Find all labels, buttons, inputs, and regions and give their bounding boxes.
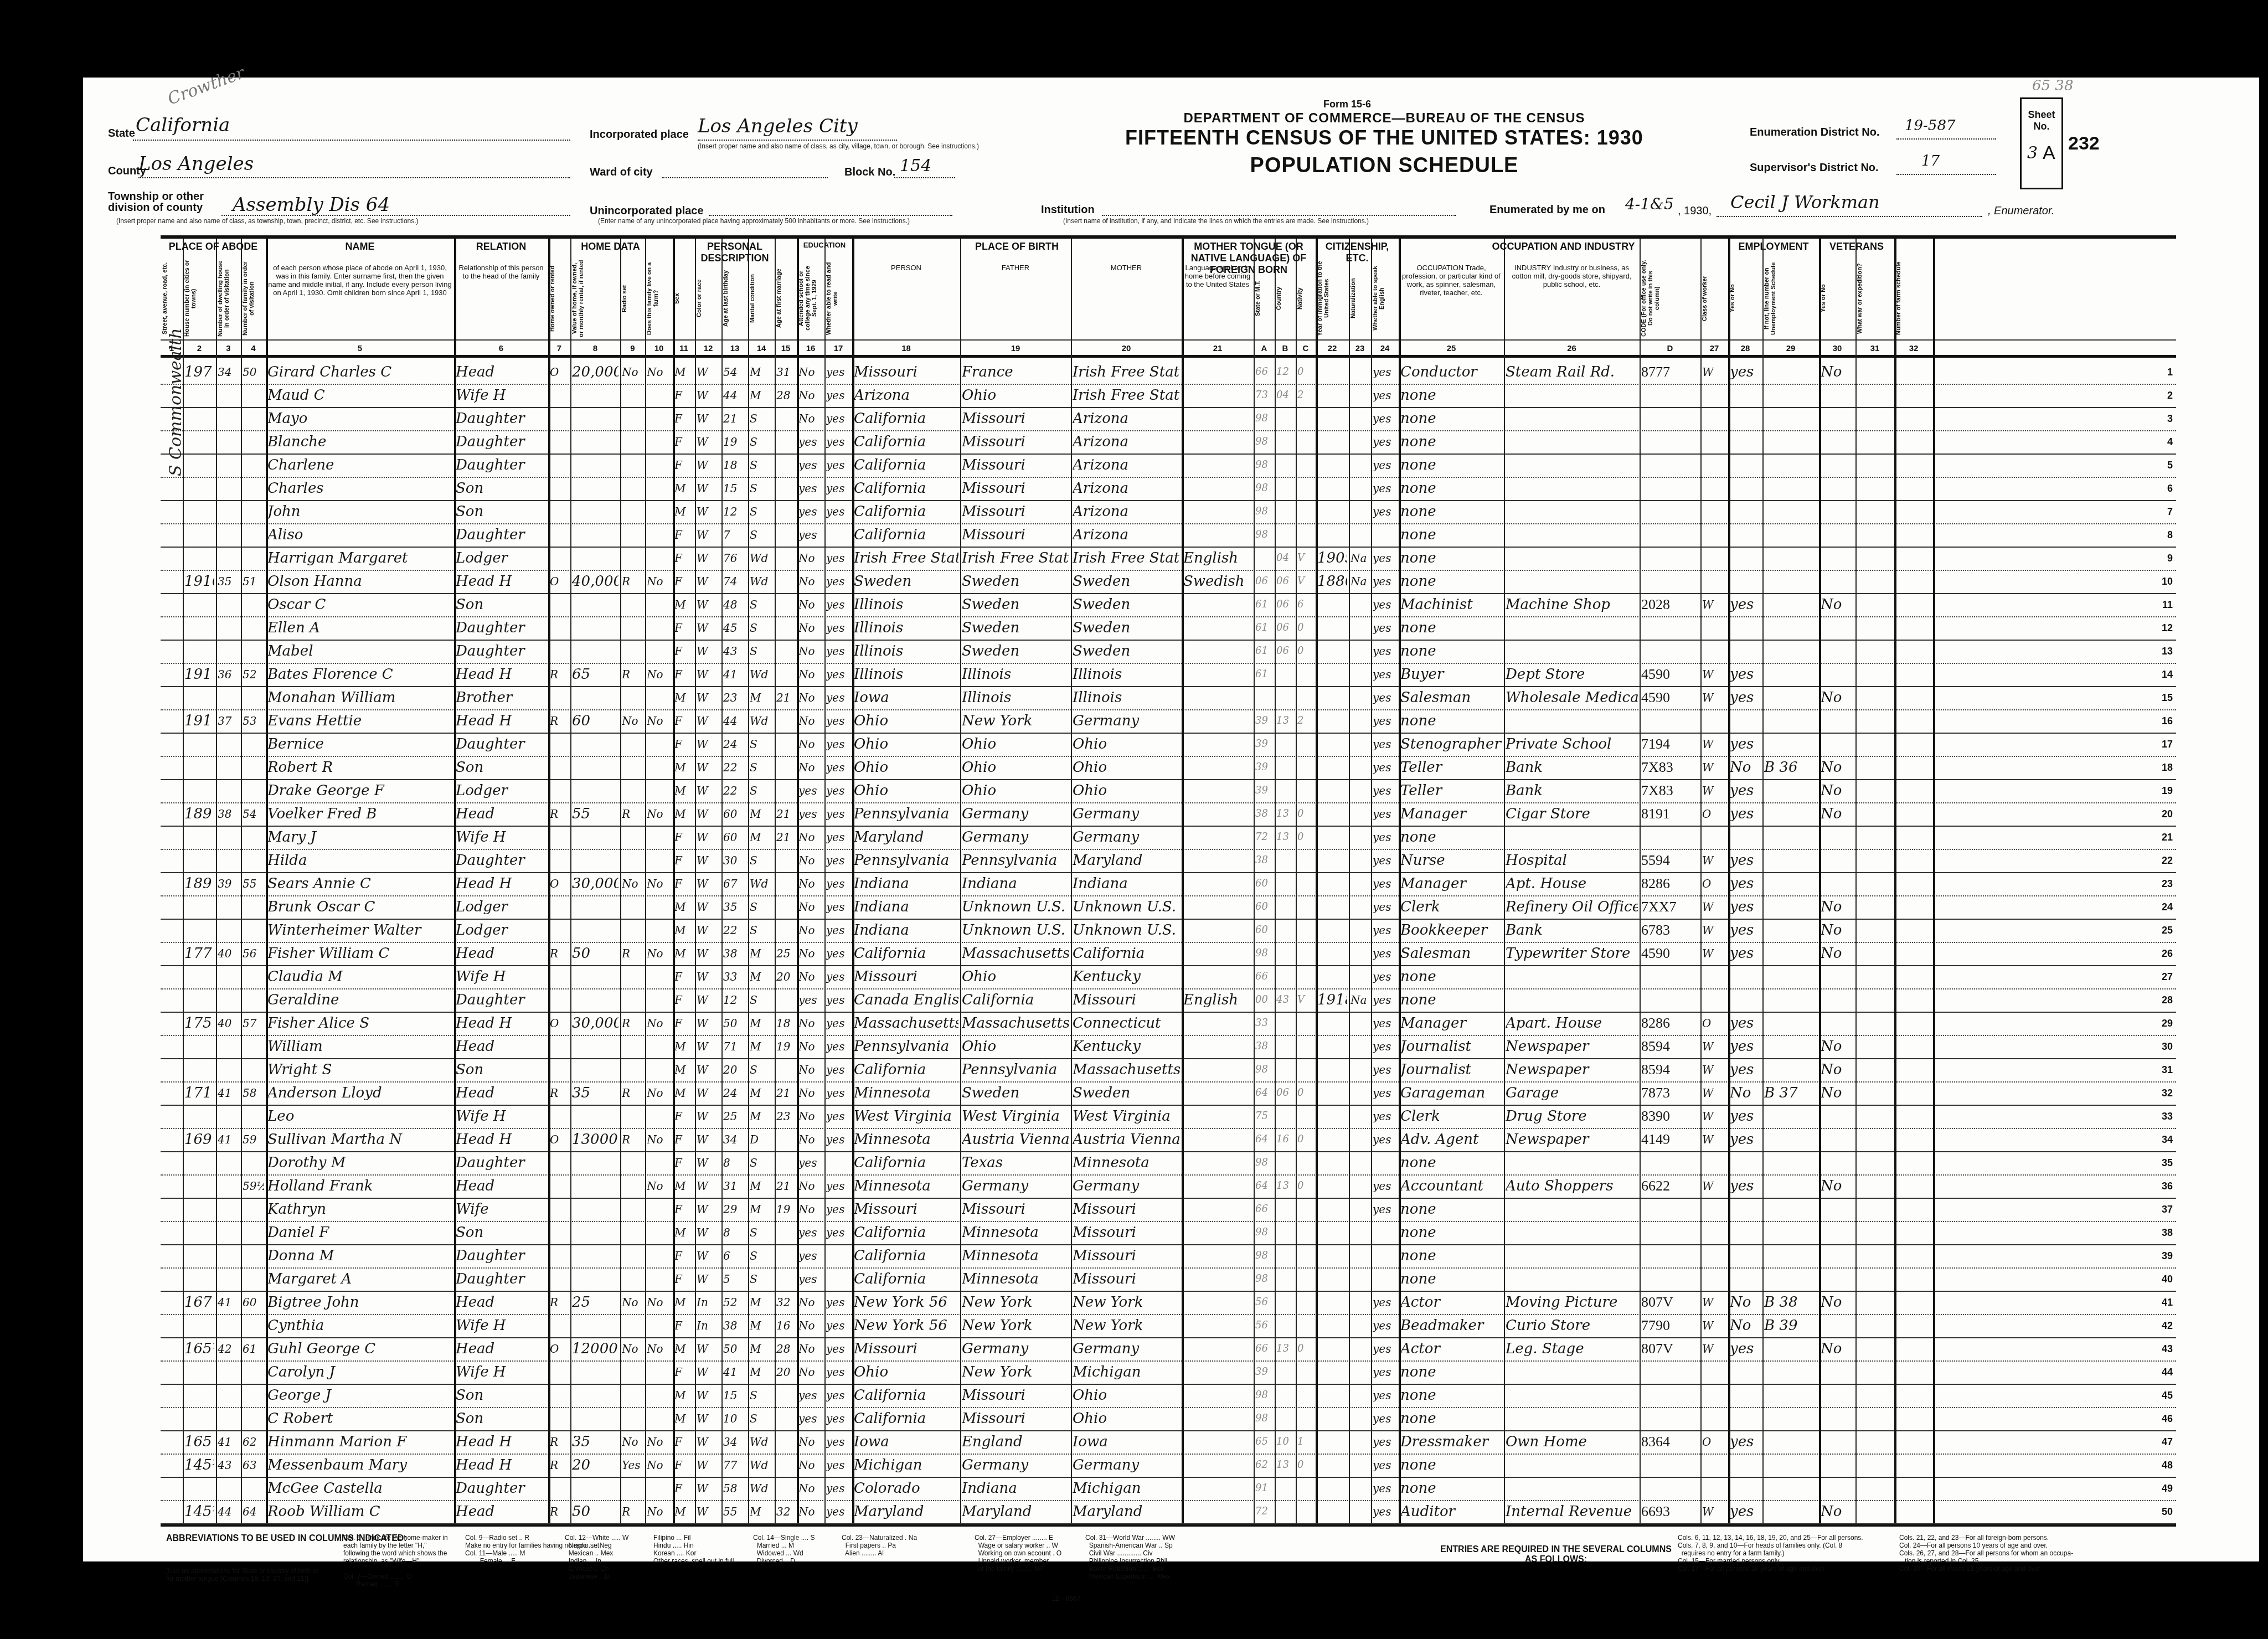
- cell-school: No: [798, 1176, 823, 1197]
- cell-unemp-line: [1764, 641, 1817, 662]
- cell-read: yes: [826, 850, 850, 871]
- cell-relation: Daughter: [456, 524, 547, 545]
- cell-occupation: none: [1400, 1245, 1502, 1266]
- cell-birth-person: Ohio: [854, 780, 958, 801]
- cell-radio: No: [622, 710, 643, 731]
- cell-code-c: V: [1297, 989, 1314, 1011]
- cell-name: Blanche: [267, 431, 452, 452]
- cell-language: [1183, 478, 1252, 499]
- cell-occupation: Buyer: [1400, 664, 1502, 685]
- cell-farm: [647, 1222, 671, 1243]
- cell-read: yes: [826, 1501, 850, 1522]
- cell-code-c: 0: [1297, 1338, 1314, 1359]
- cell-naturalization: [1351, 1013, 1369, 1034]
- entries-list-2: Cols. 21, 22, and 23—For all foreign-bor…: [1899, 1534, 2073, 1573]
- cell-birth-mother: Sweden: [1073, 617, 1180, 638]
- cell-birth-father: Ohio: [962, 757, 1069, 778]
- cell-family: [243, 920, 264, 941]
- line-number: 37: [2162, 1199, 2173, 1220]
- cell-race: W: [697, 734, 720, 755]
- cell-house: [184, 617, 214, 638]
- cell-immigration: [1317, 1083, 1347, 1104]
- cell-code-c: [1297, 1222, 1314, 1243]
- cell-occupation: none: [1400, 966, 1502, 987]
- cell-marital: Wd: [750, 548, 773, 569]
- cell-code-d: 2028: [1641, 594, 1699, 615]
- table-row: 145¼4464Roob William CHeadR50RNoMW55M32N…: [161, 1500, 2176, 1524]
- cell-farm: [647, 594, 671, 615]
- cell-unemp-line: [1764, 501, 1817, 522]
- cell-marital: S: [750, 478, 773, 499]
- table-row: George JSonMW15SyesyesCaliforniaMissouri…: [161, 1384, 2176, 1408]
- cell-occupation: Clerk: [1400, 896, 1502, 918]
- cell-sex: M: [674, 594, 693, 615]
- cell-birth-father: Indiana: [962, 873, 1069, 894]
- cell-english: yes: [1373, 571, 1397, 592]
- cell-age: 50: [723, 1338, 746, 1359]
- cell-industry: Own Home: [1506, 1431, 1638, 1452]
- line-number: 23: [2162, 873, 2173, 894]
- column-header: of each person whose place of abode on A…: [268, 264, 452, 297]
- cell-code-a: 91: [1255, 1478, 1273, 1499]
- cell-immigration: [1317, 1013, 1347, 1034]
- cell-school: yes: [798, 989, 823, 1011]
- cell-unemp-line: [1764, 1152, 1817, 1173]
- cell-relation: Son: [456, 594, 547, 615]
- cell-farm: [647, 896, 671, 918]
- cell-class: W: [1702, 1338, 1726, 1359]
- cell-value: [572, 524, 618, 545]
- cell-language: [1183, 1385, 1252, 1406]
- cell-name: Bates Florence C: [267, 664, 452, 685]
- cell-industry: Private School: [1506, 734, 1638, 755]
- cell-war: [1857, 594, 1893, 615]
- abbrev-col31: Col. 31—World War ........ WW Spanish-Am…: [1085, 1534, 1175, 1580]
- cell-occupation: none: [1400, 548, 1502, 569]
- cell-language: [1183, 1501, 1252, 1522]
- cell-relation: Head: [456, 1338, 547, 1359]
- cell-at-work: [1730, 571, 1761, 592]
- cell-code-d: [1641, 478, 1699, 499]
- cell-race: W: [697, 1431, 720, 1452]
- column-divider: [1371, 239, 1372, 1523]
- cell-code-a: 66: [1255, 1199, 1273, 1220]
- cell-code-d: 4149: [1641, 1129, 1699, 1150]
- block-value: 154: [900, 156, 931, 176]
- cell-name: Mabel: [267, 641, 452, 662]
- cell-veteran: [1821, 1431, 1854, 1452]
- cell-industry: Typewriter Store: [1506, 943, 1638, 964]
- cell-naturalization: [1351, 1385, 1369, 1406]
- cell-code-b: 04: [1276, 385, 1294, 406]
- cell-at-work: [1730, 524, 1761, 545]
- cell-birth-person: Pennsylvania: [854, 850, 958, 871]
- cell-unemp-line: [1764, 1385, 1817, 1406]
- cell-birth-person: Sweden: [854, 571, 958, 592]
- cell-birth-person: California: [854, 1245, 958, 1266]
- cell-owned: [550, 1362, 569, 1383]
- cell-radio: [622, 1245, 643, 1266]
- cell-owned: R: [550, 1455, 569, 1476]
- cell-veteran: [1821, 455, 1854, 476]
- cell-read: yes: [826, 920, 850, 941]
- cell-sex: F: [674, 850, 693, 871]
- cell-language: [1183, 641, 1252, 662]
- cell-radio: [622, 827, 643, 848]
- abbrev-col12b: Filipino ... Fil Hindu ..... Hin Korean …: [653, 1534, 734, 1565]
- cell-dwelling: [218, 1245, 239, 1266]
- cell-radio: [622, 1315, 643, 1336]
- cell-code-d: [1641, 1455, 1699, 1476]
- cell-dwelling: [218, 524, 239, 545]
- cell-industry: Cigar Store: [1506, 803, 1638, 824]
- cell-class: [1702, 548, 1726, 569]
- cell-school: yes: [798, 1222, 823, 1243]
- column-number: 23: [1349, 344, 1371, 353]
- cell-value: [572, 1362, 618, 1383]
- abbrev-col7: Col. 7—Owned ........ O Rented ....... R: [343, 1573, 412, 1588]
- cell-naturalization: [1351, 1501, 1369, 1522]
- cell-at-work: [1730, 1362, 1761, 1383]
- cell-age-marriage: [776, 524, 795, 545]
- cell-marital: S: [750, 896, 773, 918]
- cell-code-b: 13: [1276, 803, 1294, 824]
- cell-birth-father: Irish Free State: [962, 548, 1069, 569]
- cell-dwelling: [218, 920, 239, 941]
- cell-race: W: [697, 501, 720, 522]
- cell-occupation: Actor: [1400, 1292, 1502, 1313]
- cell-read: yes: [826, 780, 850, 801]
- cell-farm: No: [647, 1129, 671, 1150]
- column-divider: [1762, 239, 1764, 1523]
- cell-at-work: yes: [1730, 850, 1761, 871]
- cell-radio: [622, 431, 643, 452]
- cell-code-d: [1641, 641, 1699, 662]
- cell-war: [1857, 1222, 1893, 1243]
- cell-house: [184, 966, 214, 987]
- cell-sex: F: [674, 385, 693, 406]
- cell-unemp-line: [1764, 1455, 1817, 1476]
- cell-farm: [647, 501, 671, 522]
- cell-value: [572, 594, 618, 615]
- cell-language: [1183, 1315, 1252, 1336]
- cell-language: [1183, 664, 1252, 685]
- cell-radio: Yes: [622, 1455, 643, 1476]
- cell-sex: M: [674, 1059, 693, 1080]
- cell-age-marriage: 32: [776, 1501, 795, 1522]
- cell-birth-mother: Illinois: [1073, 687, 1180, 708]
- table-row: 1893955Sears Annie CHead HO30,000NoNoFW6…: [161, 872, 2176, 896]
- cell-class: [1702, 385, 1726, 406]
- cell-radio: No: [622, 873, 643, 894]
- cell-unemp-line: [1764, 478, 1817, 499]
- column-number: 29: [1762, 344, 1819, 353]
- cell-war: [1857, 687, 1893, 708]
- cell-naturalization: [1351, 664, 1369, 685]
- table-row: 1654162Hinmann Marion FHead HR35NoNoFW34…: [161, 1430, 2176, 1455]
- cell-school: No: [798, 362, 823, 383]
- cell-age: 58: [723, 1478, 746, 1499]
- cell-veteran: No: [1821, 1083, 1854, 1104]
- line-number: 27: [2162, 966, 2173, 987]
- cell-birth-mother: Indiana: [1073, 873, 1180, 894]
- cell-radio: R: [622, 1013, 643, 1034]
- cell-read: yes: [826, 1013, 850, 1034]
- cell-dwelling: [218, 617, 239, 638]
- cell-birth-mother: Arizona: [1073, 524, 1180, 545]
- cell-birth-person: California: [854, 455, 958, 476]
- cell-code-b: [1276, 780, 1294, 801]
- cell-code-c: 0: [1297, 617, 1314, 638]
- cell-family: [243, 734, 264, 755]
- cell-unemp-line: [1764, 1362, 1817, 1383]
- table-row: Dorothy MDaughterFW8SyesCaliforniaTexasM…: [161, 1151, 2176, 1176]
- cell-dwelling: [218, 896, 239, 918]
- line-number: 20: [2162, 803, 2173, 824]
- cell-age-marriage: [776, 896, 795, 918]
- cell-farm: [647, 1408, 671, 1429]
- table-row: Carolyn JWife HFW41M20NoyesOhioNew YorkM…: [161, 1360, 2176, 1385]
- cell-read: yes: [826, 966, 850, 987]
- cell-age-marriage: [776, 1385, 795, 1406]
- column-divider: [241, 239, 242, 1523]
- cell-birth-father: Sweden: [962, 617, 1069, 638]
- cell-family: [243, 989, 264, 1011]
- cell-read: [826, 524, 850, 545]
- cell-language: [1183, 1478, 1252, 1499]
- line-number: 35: [2162, 1152, 2173, 1173]
- cell-code-b: [1276, 1385, 1294, 1406]
- cell-name: Messenbaum Mary: [267, 1455, 452, 1476]
- cell-name: Maud C: [267, 385, 452, 406]
- cell-read: yes: [826, 1455, 850, 1476]
- cell-at-work: [1730, 1408, 1761, 1429]
- cell-occupation: Journalist: [1400, 1059, 1502, 1080]
- cell-immigration: [1317, 757, 1347, 778]
- cell-farm: [647, 850, 671, 871]
- cell-sex: M: [674, 1176, 693, 1197]
- enumerator-name: Cecil J Workman: [1730, 192, 1880, 213]
- cell-occupation: none: [1400, 710, 1502, 731]
- cell-war: [1857, 1315, 1893, 1336]
- cell-age: 44: [723, 710, 746, 731]
- cell-immigration: [1317, 594, 1347, 615]
- cell-birth-mother: Arizona: [1073, 408, 1180, 429]
- cell-dwelling: [218, 827, 239, 848]
- ward-label: Ward of city: [590, 166, 653, 179]
- cell-sex: F: [674, 710, 693, 731]
- cell-value: 30,000: [572, 1013, 618, 1034]
- cell-value: [572, 1036, 618, 1057]
- cell-age-marriage: [776, 1152, 795, 1173]
- cell-school: yes: [798, 1408, 823, 1429]
- cell-farm: No: [647, 1083, 671, 1104]
- line-number: 24: [2162, 896, 2173, 918]
- cell-code-a: [1255, 548, 1273, 569]
- cell-race: W: [697, 1176, 720, 1197]
- cell-immigration: [1317, 943, 1347, 964]
- column-number: 5: [266, 344, 454, 353]
- cell-relation: Lodger: [456, 896, 547, 918]
- cell-naturalization: [1351, 896, 1369, 918]
- cell-age: 34: [723, 1431, 746, 1452]
- cell-class: W: [1702, 1106, 1726, 1127]
- cell-naturalization: [1351, 757, 1369, 778]
- cell-sex: M: [674, 1083, 693, 1104]
- cell-naturalization: [1351, 524, 1369, 545]
- column-header: Naturalization: [1350, 260, 1370, 337]
- column-header: Number of farm schedule: [1895, 260, 1932, 337]
- cell-immigration: [1317, 1059, 1347, 1080]
- column-header: Value of home, if owned, or monthly rent…: [571, 260, 619, 337]
- cell-industry: [1506, 548, 1638, 569]
- cell-war: [1857, 571, 1893, 592]
- table-row: CynthiaWife HFIn38M16NoyesNew York 56New…: [161, 1314, 2176, 1338]
- cell-school: No: [798, 896, 823, 918]
- cell-veteran: No: [1821, 1176, 1854, 1197]
- cell-relation: Son: [456, 757, 547, 778]
- cell-read: yes: [826, 734, 850, 755]
- cell-war: [1857, 1152, 1893, 1173]
- cell-value: [572, 478, 618, 499]
- cell-value: 65: [572, 664, 618, 685]
- cell-code-b: [1276, 943, 1294, 964]
- cell-farm: [647, 920, 671, 941]
- cell-english: yes: [1373, 385, 1397, 406]
- cell-veteran: [1821, 478, 1854, 499]
- cell-code-a: 98: [1255, 1245, 1273, 1266]
- cell-family: 59: [243, 1129, 264, 1150]
- cell-owned: [550, 1106, 569, 1127]
- cell-sex: F: [674, 1455, 693, 1476]
- cell-sex: M: [674, 1408, 693, 1429]
- cell-war: [1857, 501, 1893, 522]
- cell-sex: M: [674, 943, 693, 964]
- cell-age-marriage: [776, 920, 795, 941]
- cell-code-a: 98: [1255, 1152, 1273, 1173]
- cell-race: W: [697, 1385, 720, 1406]
- cell-marital: M: [750, 1106, 773, 1127]
- cell-language: [1183, 1083, 1252, 1104]
- cell-birth-person: Ohio: [854, 710, 958, 731]
- cell-birth-mother: Massachusetts: [1073, 1059, 1180, 1080]
- cell-code-c: 2: [1297, 710, 1314, 731]
- cell-family: [243, 1385, 264, 1406]
- cell-code-c: 0: [1297, 1455, 1314, 1476]
- cell-at-work: yes: [1730, 1176, 1761, 1197]
- cell-birth-father: Ohio: [962, 1036, 1069, 1057]
- cell-english: yes: [1373, 850, 1397, 871]
- cell-birth-person: California: [854, 1152, 958, 1173]
- column-header: FATHER: [962, 264, 1069, 272]
- column-header: State or M.T.: [1255, 260, 1274, 337]
- cell-at-work: yes: [1730, 1431, 1761, 1452]
- cell-birth-person: Missouri: [854, 1199, 958, 1220]
- cell-birth-person: Indiana: [854, 873, 958, 894]
- cell-code-c: 0: [1297, 1083, 1314, 1104]
- line-number: 9: [2167, 548, 2173, 569]
- cell-class: W: [1702, 896, 1726, 918]
- cell-code-a: 39: [1255, 780, 1273, 801]
- cell-radio: [622, 548, 643, 569]
- cell-code-b: [1276, 1222, 1294, 1243]
- cell-code-b: [1276, 431, 1294, 452]
- column-header: Age at first marriage: [776, 260, 796, 337]
- cell-naturalization: [1351, 1292, 1369, 1313]
- cell-immigration: [1317, 873, 1347, 894]
- cell-farm: [647, 966, 671, 987]
- cell-veteran: [1821, 710, 1854, 731]
- table-row: AlisoDaughterFW7SyesCaliforniaMissouriAr…: [161, 523, 2176, 548]
- cell-occupation: none: [1400, 1478, 1502, 1499]
- cell-dwelling: 41: [218, 1129, 239, 1150]
- column-number: 10: [645, 344, 673, 353]
- cell-code-a: 98: [1255, 1222, 1273, 1243]
- cell-family: [243, 501, 264, 522]
- line-number: 4: [2167, 431, 2173, 452]
- cell-birth-father: Illinois: [962, 687, 1069, 708]
- cell-birth-mother: West Virginia: [1073, 1106, 1180, 1127]
- cell-birth-father: Illinois: [962, 664, 1069, 685]
- cell-marital: M: [750, 943, 773, 964]
- cell-code-b: [1276, 524, 1294, 545]
- cell-name: C Robert: [267, 1408, 452, 1429]
- cell-read: [826, 1245, 850, 1266]
- abbrev-col23: Col. 23—Naturalized . Na First papers ..…: [842, 1534, 917, 1557]
- cell-industry: [1506, 571, 1638, 592]
- cell-age: 22: [723, 757, 746, 778]
- block-line: [894, 177, 955, 178]
- table-row: JohnSonMW12SyesyesCaliforniaMissouriAriz…: [161, 500, 2176, 524]
- cell-race: W: [697, 1408, 720, 1429]
- column-divider: [721, 239, 723, 1523]
- cell-birth-person: Ohio: [854, 734, 958, 755]
- cell-at-work: yes: [1730, 873, 1761, 894]
- column-header: Year of immigration to the United States: [1317, 260, 1348, 337]
- cell-radio: [622, 1106, 643, 1127]
- cell-house: [184, 1408, 214, 1429]
- cell-farm: [647, 617, 671, 638]
- cell-name: McGee Castella: [267, 1478, 452, 1499]
- line-number: 31: [2162, 1059, 2173, 1080]
- cell-owned: [550, 850, 569, 871]
- cell-industry: Newspaper: [1506, 1059, 1638, 1080]
- cell-naturalization: [1351, 1129, 1369, 1150]
- cell-code-b: [1276, 757, 1294, 778]
- column-header: Relationship of this person to the head …: [456, 264, 546, 280]
- cell-code-b: [1276, 873, 1294, 894]
- cell-industry: [1506, 1478, 1638, 1499]
- cell-class: O: [1702, 873, 1726, 894]
- cell-school: No: [798, 548, 823, 569]
- cell-war: [1857, 734, 1893, 755]
- cell-dwelling: [218, 780, 239, 801]
- cell-age-marriage: 32: [776, 1292, 795, 1313]
- cell-birth-father: Minnesota: [962, 1245, 1069, 1266]
- cell-race: W: [697, 1106, 720, 1127]
- cell-relation: Daughter: [456, 408, 547, 429]
- cell-birth-father: Sweden: [962, 641, 1069, 662]
- cell-read: yes: [826, 1036, 850, 1057]
- cell-immigration: [1317, 966, 1347, 987]
- cell-race: W: [697, 1059, 720, 1080]
- cell-veteran: [1821, 1152, 1854, 1173]
- cell-owned: [550, 385, 569, 406]
- cell-marital: S: [750, 780, 773, 801]
- cell-radio: [622, 966, 643, 987]
- cell-value: 35: [572, 1431, 618, 1452]
- cell-farm: No: [647, 943, 671, 964]
